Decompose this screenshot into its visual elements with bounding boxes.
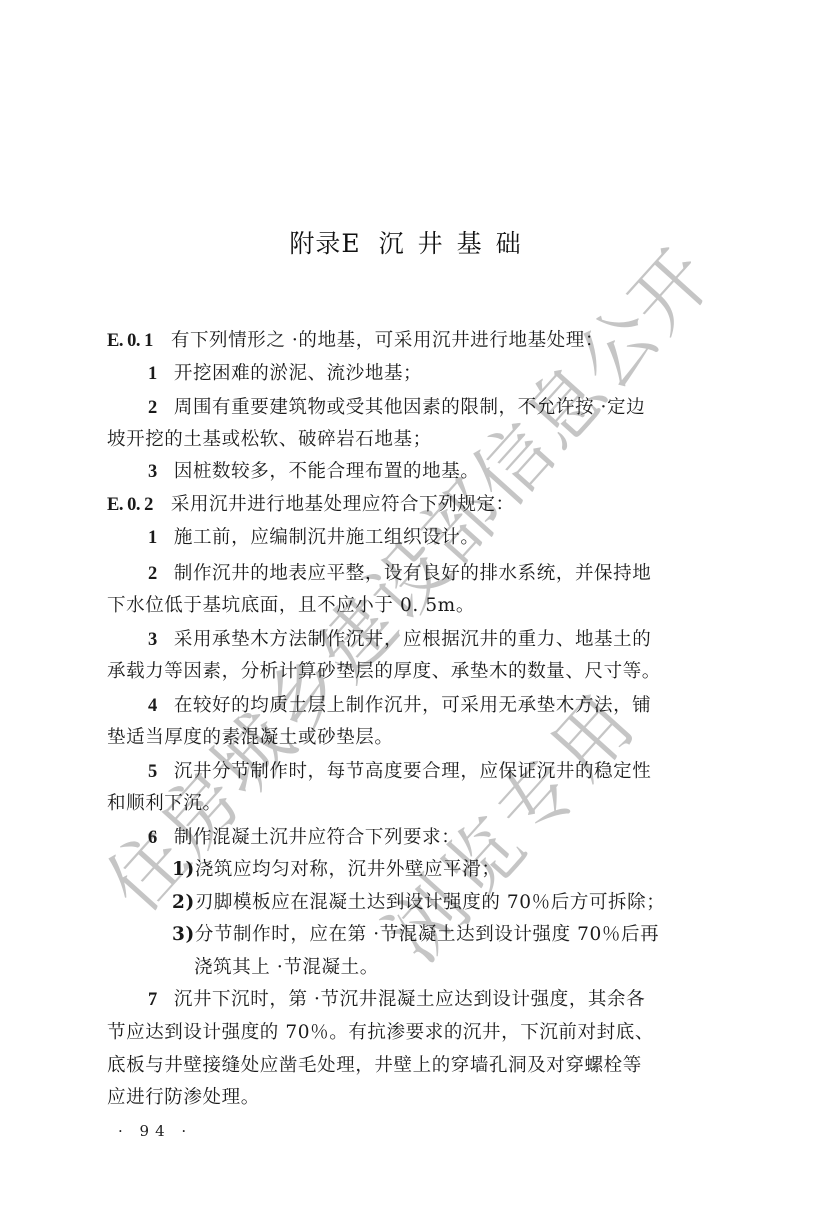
list-item-continuation: 应进行防渗处理。 (107, 1086, 727, 1110)
page-title: 附录E沉井基础 (0, 224, 824, 260)
sub-list-item: 1)浇筑应均匀对称，沉井外壁应平滑； (172, 858, 792, 882)
list-item: 1施工前，应编制沉井施工组织设计。 (148, 526, 768, 550)
clause-text: 有下列情形之 ·的地基，可采用沉井进行地基处理： (171, 330, 604, 351)
item-number: 2 (148, 398, 158, 418)
subitem-number: 3) (172, 924, 195, 945)
item-number: 7 (148, 990, 158, 1010)
list-item-continuation: 下水位低于基坑底面，且不应小于 0. 5m。 (107, 594, 727, 618)
clause-e01: E. 0. 1有下列情形之 ·的地基，可采用沉井进行地基处理： (107, 329, 727, 353)
item-number: 5 (148, 762, 158, 782)
list-item: 7沉井下沉时，第 ·节沉井混凝土应达到设计强度，其余各 (148, 988, 768, 1012)
list-item: 3因桩数较多，不能合理布置的地基。 (148, 460, 768, 484)
item-number: 2 (148, 564, 158, 584)
clause-number: E. 0. 1 (107, 331, 153, 351)
item-text: 在较好的均质土层上制作沉井，可采用无承垫木方法，铺 (174, 695, 652, 716)
item-number: 3 (148, 462, 158, 482)
item-text: 制作混凝土沉井应符合下列要求： (174, 827, 461, 848)
item-text: 采用承垫木方法制作沉井，应根据沉井的重力、地基土的 (174, 629, 652, 650)
subitem-text: 刃脚模板应在混凝土达到设计强度的 70％后方可拆除； (195, 892, 666, 913)
item-text: 周围有重要建筑物或受其他因素的限制，不允许按 ·定边 (174, 397, 645, 418)
page-number: · 94 · (118, 1122, 192, 1140)
list-item: 4在较好的均质土层上制作沉井，可采用无承垫木方法，铺 (148, 694, 768, 718)
subitem-text: 分节制作时，应在第 ·节混凝土达到设计强度 70％后再 (195, 924, 659, 945)
subitem-number: 2) (172, 892, 195, 913)
clause-e02: E. 0. 2采用沉井进行地基处理应符合下列规定： (107, 493, 727, 517)
list-item: 2制作沉井的地表应平整，设有良好的排水系统，并保持地 (148, 562, 768, 586)
item-number: 6 (148, 828, 158, 848)
sub-list-item-continuation: 浇筑其上 ·节混凝土。 (194, 956, 814, 980)
list-item: 2周围有重要建筑物或受其他因素的限制，不允许按 ·定边 (148, 396, 768, 420)
item-text: 因桩数较多，不能合理布置的地基。 (174, 461, 480, 482)
list-item-continuation: 节应达到设计强度的 70％。有抗渗要求的沉井，下沉前对封底、 (107, 1021, 727, 1045)
clause-number: E. 0. 2 (107, 495, 153, 515)
list-item-continuation: 承载力等因素，分析计算砂垫层的厚度、承垫木的数量、尺寸等。 (107, 660, 727, 684)
title-prefix: 附录E (289, 229, 360, 258)
list-item: 6制作混凝土沉井应符合下列要求： (148, 826, 768, 850)
item-number: 3 (148, 630, 158, 650)
list-item: 3采用承垫木方法制作沉井，应根据沉井的重力、地基土的 (148, 628, 768, 652)
item-text: 开挖困难的淤泥、流沙地基； (174, 363, 422, 384)
item-number: 1 (148, 364, 158, 384)
subitem-number: 1) (172, 859, 195, 880)
list-item-continuation: 坡开挖的土基或松软、破碎岩石地基； (107, 428, 727, 452)
item-number: 4 (148, 696, 158, 716)
sub-list-item: 3)分节制作时，应在第 ·节混凝土达到设计强度 70％后再 (172, 923, 792, 947)
clause-text: 采用沉井进行地基处理应符合下列规定： (171, 494, 515, 515)
item-text: 施工前，应编制沉井施工组织设计。 (174, 527, 480, 548)
item-number: 1 (148, 528, 158, 548)
list-item-continuation: 底板与井壁接缝处应凿毛处理，井壁上的穿墙孔洞及对穿螺栓等 (107, 1054, 727, 1078)
title-main: 沉井基础 (379, 229, 535, 258)
item-text: 制作沉井的地表应平整，设有良好的排水系统，并保持地 (174, 563, 652, 584)
subitem-text: 浇筑应均匀对称，沉井外壁应平滑； (195, 859, 501, 880)
item-text: 沉井分节制作时，每节高度要合理，应保证沉井的稳定性 (174, 761, 652, 782)
list-item-continuation: 垫适当厚度的素混凝土或砂垫层。 (107, 726, 727, 750)
document-page: 住房城乡建设部信息公开 浏览专用 附录E沉井基础 E. 0. 1有下列情形之 ·… (0, 0, 824, 1216)
item-text: 沉井下沉时，第 ·节沉井混凝土应达到设计强度，其余各 (174, 989, 645, 1010)
sub-list-item: 2)刃脚模板应在混凝土达到设计强度的 70％后方可拆除； (172, 891, 792, 915)
list-item: 5沉井分节制作时，每节高度要合理，应保证沉井的稳定性 (148, 760, 768, 784)
list-item-continuation: 和顺利下沉。 (107, 792, 727, 816)
list-item: 1开挖困难的淤泥、流沙地基； (148, 362, 768, 386)
